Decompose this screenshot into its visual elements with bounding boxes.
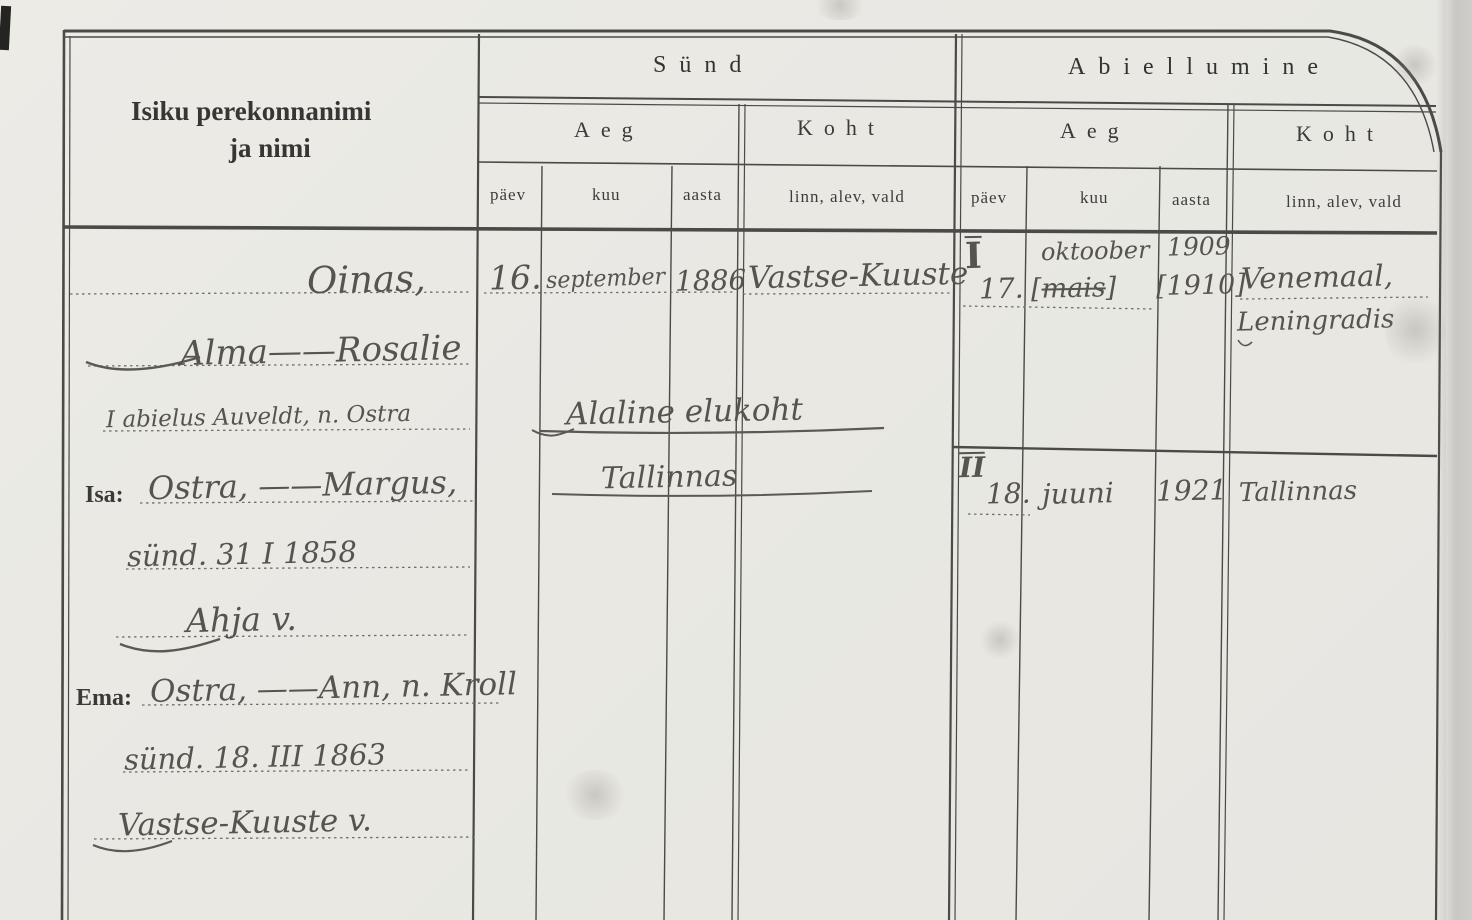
marriage2-month-value: juuni xyxy=(1042,476,1114,510)
name-column-title-line2: ja nimi xyxy=(229,133,311,164)
marriage-day-label: päev xyxy=(971,188,1007,208)
birth-time-label: Aeg xyxy=(574,117,644,143)
birth-section-title: Sünd xyxy=(653,52,754,79)
father-birth-place: Ahja v. xyxy=(186,599,297,640)
birth-place-value: Vastse-Kuuste xyxy=(748,256,969,297)
marriage-year-label: aasta xyxy=(1172,190,1211,210)
birth-year-label: aasta xyxy=(683,185,722,205)
marriage-month-label: kuu xyxy=(1080,188,1109,208)
marriage1-place-line1: Venemaal, xyxy=(1241,258,1394,295)
father-label: Isa: xyxy=(85,482,124,509)
marriage1-month-value: oktoober xyxy=(1041,236,1150,266)
marriage-place-sub-label: linn, alev, vald xyxy=(1286,192,1402,212)
mother-name: Ostra, ——Ann, n. Kroll xyxy=(150,666,518,710)
bracket-open: [ xyxy=(1031,274,1042,305)
name-column-title-line1: Isiku perekonnanimi xyxy=(131,96,371,127)
marriage2-day-value: 18. xyxy=(986,477,1031,511)
mother-birth-place: Vastse-Kuuste v. xyxy=(118,802,372,843)
marriage1-year-value: 1909 xyxy=(1167,231,1231,261)
page-edge-band xyxy=(1446,0,1472,920)
marriage2-ordinal: II xyxy=(959,452,986,483)
marriage1-place-line2: Leningradis xyxy=(1237,304,1395,337)
mother-birth-date: sünd. 18. III 1863 xyxy=(124,737,387,776)
marriage-time-label: Aeg xyxy=(1060,118,1130,144)
marriage1-month-correction: [mais] xyxy=(1031,272,1117,305)
marriage1-ordinal: I xyxy=(965,236,983,274)
scanned-register-page: Isiku perekonnanimi ja nimi Sünd Abiellu… xyxy=(0,0,1472,920)
marriage1-year-correction: [1910] xyxy=(1156,269,1246,302)
scan-smudge xyxy=(1390,45,1440,85)
bracket-close: ] xyxy=(1105,272,1116,303)
marriage-place-label: Koht xyxy=(1296,121,1384,147)
father-birth-date: sünd. 31 I 1858 xyxy=(127,535,358,574)
birth-day-label: päev xyxy=(490,185,526,205)
scan-smudge xyxy=(980,620,1020,660)
birth-month-value: september xyxy=(546,264,666,294)
scan-smudge xyxy=(1385,290,1445,370)
person-surname: Oinas, xyxy=(307,257,427,302)
marriage2-place-value: Tallinnas xyxy=(1239,476,1358,508)
marriage1-day-value: 17. xyxy=(979,272,1024,306)
person-given-name: Alma——Rosalie xyxy=(180,328,462,374)
residence-line2: Tallinnas xyxy=(601,459,738,497)
birth-place-label: Koht xyxy=(797,115,885,141)
birth-year-value: 1886 xyxy=(675,263,747,297)
birth-day-value: 16. xyxy=(489,257,542,297)
marriage1-month-struck: mais xyxy=(1041,272,1106,304)
marriage-section-title: Abiellumine xyxy=(1068,54,1331,81)
mother-label: Ema: xyxy=(76,685,132,712)
scan-smudge xyxy=(560,770,630,820)
residence-line1: Alaline elukoht xyxy=(566,392,804,433)
father-name: Ostra, ——Margus, xyxy=(148,463,458,507)
marriage2-year-value: 1921 xyxy=(1156,473,1228,507)
birth-month-label: kuu xyxy=(592,185,621,205)
birth-place-sub-label: linn, alev, vald xyxy=(789,187,905,207)
